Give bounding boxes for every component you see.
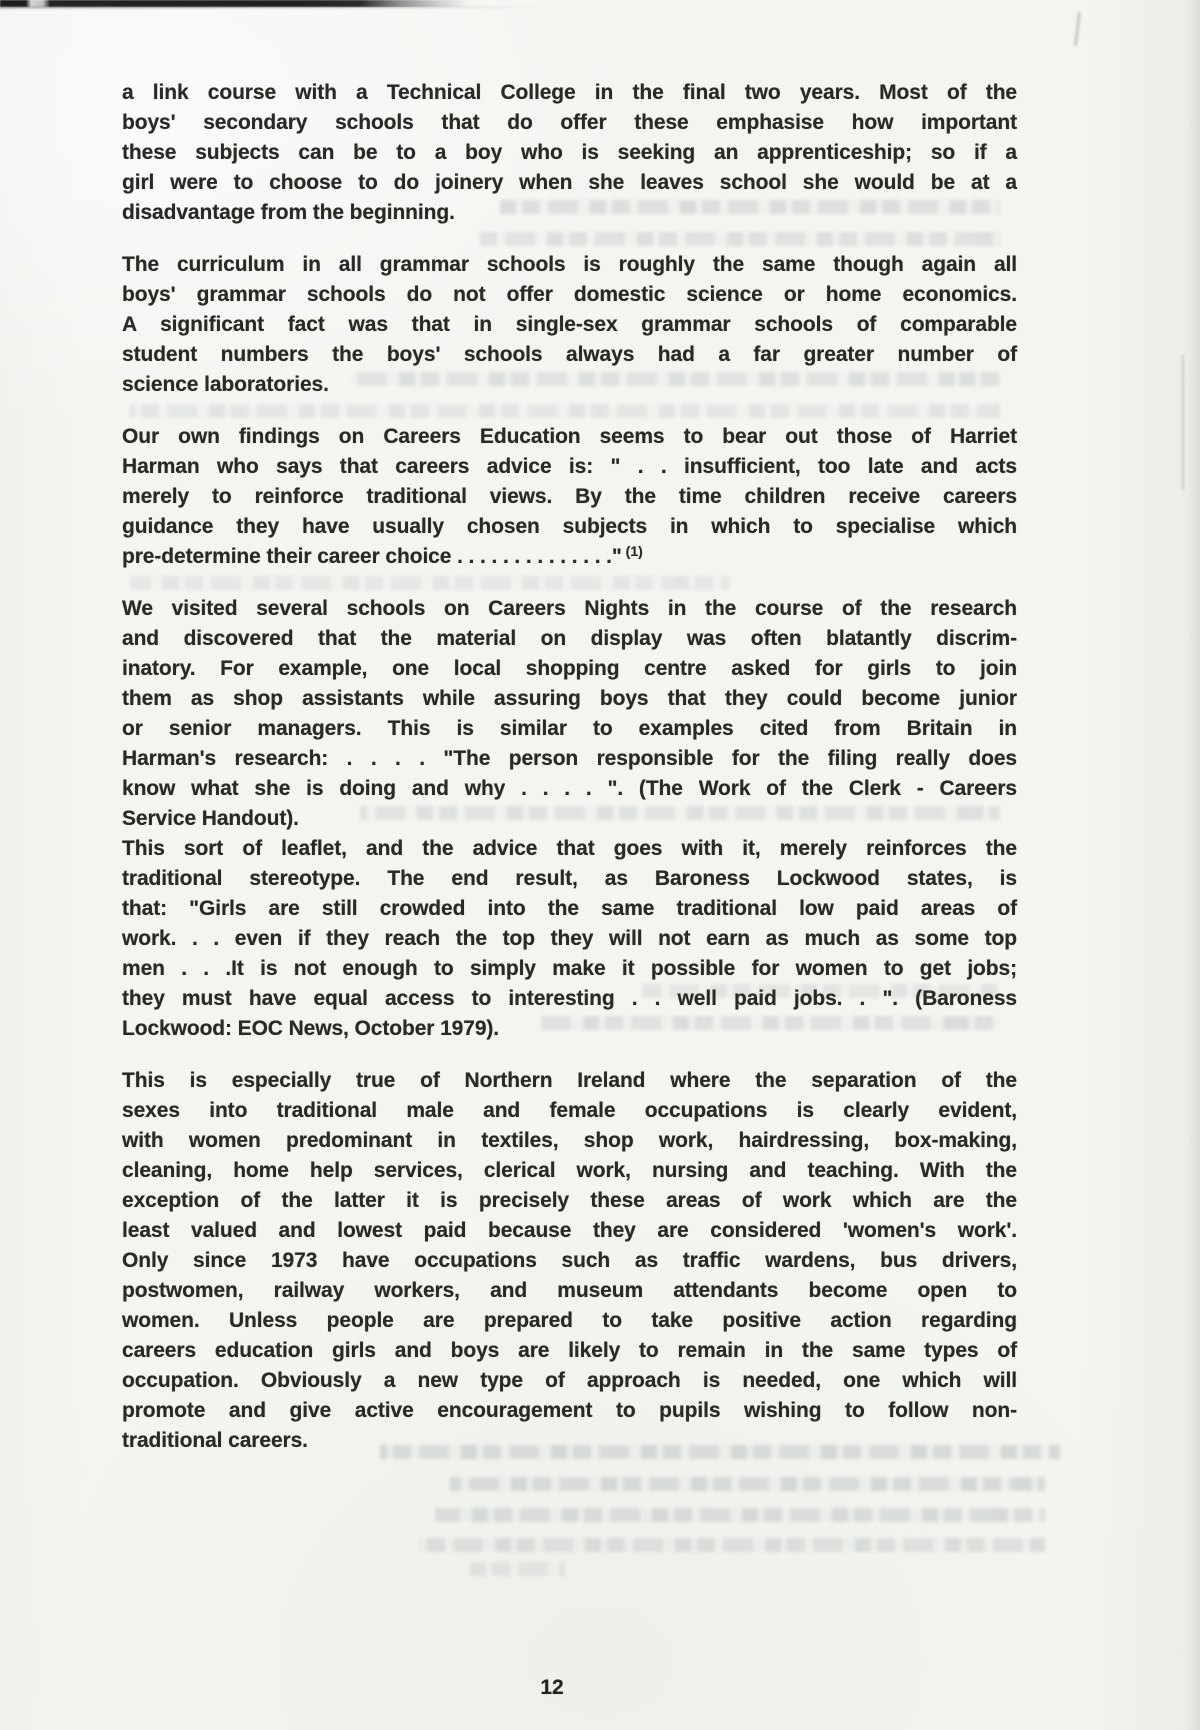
text-line: girl were to choose to do joinery when s… <box>122 168 1017 198</box>
paragraph: This sort of leaflet, and the advice tha… <box>122 834 1017 1044</box>
text-line: careers education girls and boys are lik… <box>122 1336 1017 1366</box>
text-line: traditional stereotype. The end result, … <box>122 864 1017 894</box>
text-line: science laboratories. <box>122 370 1017 400</box>
paragraph: Our own findings on Careers Education se… <box>122 422 1017 572</box>
text-line: guidance they have usually chosen subjec… <box>122 512 1017 542</box>
text-line: that: "Girls are still crowded into the … <box>122 894 1017 924</box>
text-line: disadvantage from the beginning. <box>122 198 1017 228</box>
text-line: Lockwood: EOC News, October 1979). <box>122 1014 1017 1044</box>
text-line: occupation. Obviously a new type of appr… <box>122 1366 1017 1396</box>
text-line: This sort of leaflet, and the advice tha… <box>122 834 1017 864</box>
scan-edge-shading <box>1186 0 1200 1730</box>
text-line: they must have equal access to interesti… <box>122 984 1017 1014</box>
footnote-marker: (1) <box>622 543 643 559</box>
text-line: Service Handout). <box>122 804 1017 834</box>
scan-edge-artifact <box>1182 355 1184 490</box>
text-line: exception of the latter it is precisely … <box>122 1186 1017 1216</box>
bleedthrough-artifact <box>470 1562 565 1576</box>
text-line: merely to reinforce traditional views. B… <box>122 482 1017 512</box>
text-line: Only since 1973 have occupations such as… <box>122 1246 1017 1276</box>
bleedthrough-artifact <box>450 1477 1045 1491</box>
text-line: This is especially true of Northern Irel… <box>122 1066 1017 1096</box>
text-line: Our own findings on Careers Education se… <box>122 422 1017 452</box>
text-line: boys' grammar schools do not offer domes… <box>122 280 1017 310</box>
text-line: least valued and lowest paid because the… <box>122 1216 1017 1246</box>
paragraph: a link course with a Technical College i… <box>122 78 1017 228</box>
scan-smudge-artifact <box>1074 12 1081 46</box>
paragraph: This is especially true of Northern Irel… <box>122 1066 1017 1456</box>
text-line: work. . . even if they reach the top the… <box>122 924 1017 954</box>
text-line: boys' secondary schools that do offer th… <box>122 108 1017 138</box>
text-line: and discovered that the material on disp… <box>122 624 1017 654</box>
text-line: men . . .It is not enough to simply make… <box>122 954 1017 984</box>
text-line: a link course with a Technical College i… <box>122 78 1017 108</box>
text-line: these subjects can be to a boy who is se… <box>122 138 1017 168</box>
text-line: postwomen, railway workers, and museum a… <box>122 1276 1017 1306</box>
text-line: or senior managers. This is similar to e… <box>122 714 1017 744</box>
text-line: know what she is doing and why . . . . "… <box>122 774 1017 804</box>
paragraph: We visited several schools on Careers Ni… <box>122 594 1017 834</box>
page-text: a link course with a Technical College i… <box>122 78 1017 1456</box>
text-line: traditional careers. <box>122 1426 1017 1456</box>
text-line: pre-determine their career choice . . . … <box>122 542 1017 572</box>
text-line: student numbers the boys' schools always… <box>122 340 1017 370</box>
text-line: Harman's research: . . . . "The person r… <box>122 744 1017 774</box>
text-line: cleaning, home help services, clerical w… <box>122 1156 1017 1186</box>
bleedthrough-artifact <box>435 1508 1045 1522</box>
bleedthrough-artifact <box>420 1538 1045 1552</box>
text-line: Harman who says that careers advice is: … <box>122 452 1017 482</box>
text-line: them as shop assistants while assuring b… <box>122 684 1017 714</box>
paragraph: The curriculum in all grammar schools is… <box>122 250 1017 400</box>
text-line: A significant fact was that in single-se… <box>122 310 1017 340</box>
text-line: sexes into traditional male and female o… <box>122 1096 1017 1126</box>
text-line: inatory. For example, one local shopping… <box>122 654 1017 684</box>
scan-edge-artifact <box>0 6 560 9</box>
text-line: women. Unless people are prepared to tak… <box>122 1306 1017 1336</box>
text-line: The curriculum in all grammar schools is… <box>122 250 1017 280</box>
text-line: promote and give active encouragement to… <box>122 1396 1017 1426</box>
text-line: We visited several schools on Careers Ni… <box>122 594 1017 624</box>
page-number: 12 <box>0 1676 1104 1700</box>
scanned-page: a link course with a Technical College i… <box>0 0 1200 1730</box>
text-line: with women predominant in textiles, shop… <box>122 1126 1017 1156</box>
